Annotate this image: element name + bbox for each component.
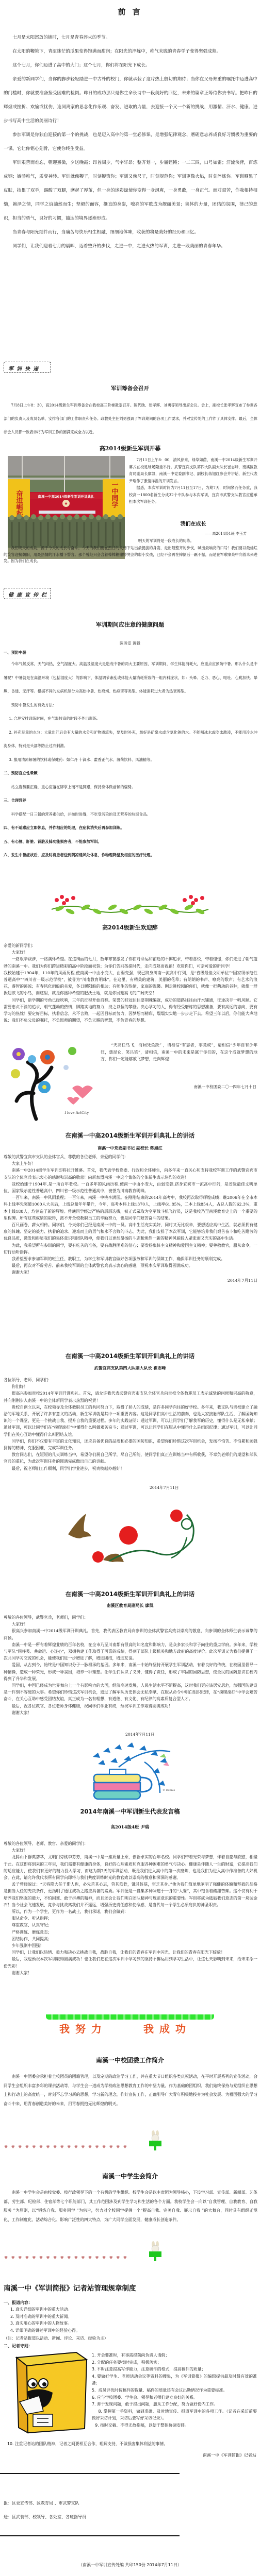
left-banner-text: 奋进崛起 bbox=[15, 489, 23, 517]
right-banner-text: 一中同学 bbox=[110, 481, 119, 509]
speech1-paragraph: 南溪一中2014级学生军训即将拉开帷幕。首先，我代表学校党委、行政和全体师生，向… bbox=[4, 1167, 257, 1180]
health-method: 2. 补充足量的水分：大量出汗后会有大量的水分和矿物质流失，要及时补充，最好是矿… bbox=[4, 726, 257, 753]
preface-paragraph: 同学们，让我们迎着七月的晨晖，迈着整齐的步伐，走进一中，走进火热的军训，走进一段… bbox=[4, 240, 257, 253]
preface-paragraph: 这个七月，你们迈进了高中的大门；这个七月，你们将在阳光下成长。 bbox=[4, 59, 257, 73]
press-rule: 8. 掌握第一手资料，做到准确、及时地宣传、报道军训中的各项工作。（记者在采访前… bbox=[92, 2408, 257, 2422]
speech1-speaker: 南溪一中党委副书记 副校长 蒋旭红 bbox=[0, 1145, 260, 1151]
student-speech-paragraph: 所以，作为一个学生，更作为一名战士，我们承诺，我们会做到： bbox=[4, 1908, 257, 1915]
speech2-date: 2014年7月11日 bbox=[150, 1485, 179, 1490]
press-note: （注：记者站报道以活动、新闻、评论、采访、经验为主） bbox=[4, 2335, 108, 2341]
press-rule: 5．成员评优时按稿件的数量、稿件的质量还有会议出勤情况作为重要标准。 bbox=[92, 2387, 257, 2394]
speech1-salutation: 尊敬的武警宜宾市支队的全体官兵、尊敬的各位老师，亲爱的同学们： bbox=[4, 1154, 257, 1160]
column-tag-express: 军训快递 bbox=[4, 362, 51, 373]
press-rule: 1. 开会要准时，有事需提前向负责人请假； bbox=[92, 2352, 257, 2359]
preface-paragraph: 在太阳的鞭策下，青涩迷茫的瓜果变得饱满而甜润；在阳光的淬炼中，稚气未脱的青春学子… bbox=[4, 45, 257, 59]
press-section-title: 二、记者守则： bbox=[4, 2343, 32, 2349]
health-paragraph: 科学搭配一日三餐的营养素供给，并按时进餐，不吃受污染的及无营养的垃圾食品。 bbox=[4, 808, 257, 822]
press-rule: 4. 要做好学生、老师活动会议等资料的搜集，为《军训简报》的编辑提供最及时最有效… bbox=[92, 2373, 257, 2387]
league-body: 南溪一中团委会承担着全校团员的团籍管理，以及定期的政治学习工作，并在重大节日组织… bbox=[4, 2072, 257, 2108]
floral-vine-divider bbox=[50, 893, 210, 917]
welcome-closing: “天高任鸟飞，海阔凭鱼跃” ，请相信“有志者，事竟成”，请相信“少年自有少年狂，… bbox=[101, 1042, 257, 1063]
speech1-body: 尊敬的武警宜宾市支队的全体官兵、尊敬的各位老师，亲爱的同学们： 大家上午好！ 南… bbox=[4, 1154, 257, 1284]
speech1-paragraph: 我希望要求参加军训的班主任、教职工，为学生和军训教官做好各项服务和军训的保障工作… bbox=[4, 1256, 257, 1262]
footer-report-to: 报：区委宣传部、区教育局 、市武警支队 bbox=[4, 2500, 79, 2506]
opening-text: 7月11日上午8：00，清风徐来，绿草如茵，南溪一中2014级新生军训开幕式在校… bbox=[129, 456, 257, 505]
column-tag-health: 健康宣传栏 bbox=[4, 588, 51, 599]
speech3-title: 在南溪一中高2014级新生军训开训典礼上的讲话 bbox=[0, 1590, 260, 1598]
welcome-paragraph: 一路艰辛跋涉，一路满怀希望。在这绚丽的七月，数年寒窗激发了你们对命运和前途的不懈… bbox=[4, 956, 257, 969]
welcome-paragraph: 我校始建于1904年，110年的风雨历程,使南溪一中由小变大，由弱变强，现已跻身… bbox=[4, 970, 257, 997]
speech3-paragraph: 很高兴参加南溪一中2014级军训开训典礼。首先，我代表区教育局向参训的全体武警官… bbox=[4, 1628, 257, 1641]
footer-rule-top bbox=[0, 2473, 180, 2474]
press-rule: 3. 平时注意提高写作能力，注意稿件的格式，提高稿件的质量； bbox=[92, 2366, 257, 2373]
health-method: 1. 合理安排训练时间，在气温较高的时段不外出训练。 bbox=[4, 712, 257, 726]
banner-text: 南溪一中高2014级新生军训开训典礼 bbox=[38, 494, 94, 499]
speech2-paragraph: 同学们，你们不仅要有丰富的文化知识，还应具备优良的品质和必要的国防知识，希望你们… bbox=[4, 1438, 257, 1451]
art-caption: I love ArtCity bbox=[64, 1111, 89, 1115]
speech2-greeting: 你们好！ bbox=[4, 1383, 257, 1390]
preface-paragraph: 军训艰苦而难忘，朝迎熹微，夕送晚霞；昂首阔步，气宇轩昂；整齐划一，步履铿锵；一二… bbox=[4, 156, 257, 226]
health-section-title: 三、合理营养 bbox=[4, 794, 257, 808]
bunny-sign-icon bbox=[149, 2241, 162, 2263]
footer-rule-bottom bbox=[0, 2535, 180, 2536]
speech2-paragraph: 很高兴参加贵校2014年军训开训典礼。首先，请允许我代表武警宜宾市支队全体官兵向… bbox=[4, 1390, 257, 1403]
speech1-paragraph: 为此，我希望所有参训的同学，要有吃苦的准备，要有战胜困难的信心；要发扬集体主义精… bbox=[4, 1242, 257, 1256]
student-speech-greeting: 大家好！ bbox=[4, 1847, 257, 1854]
league-title: 南溪一中校团委工作简介 bbox=[0, 2056, 260, 2064]
footer-send-to: 送：区武装部、校领导、各处室、各班指导员 bbox=[4, 2514, 86, 2520]
welcome-greeting: 大家好！ bbox=[4, 949, 257, 956]
speech1-paragraph: 一百年来，南溪一中风雨兼程；一百年来，南溪一中桃李满园。在刚刚结束的2014年高… bbox=[4, 1194, 257, 1222]
opening-ceremony-photo: 南溪一中高2014级新生军训开训典礼 ★ 奋进崛起 一中同学 bbox=[8, 456, 125, 559]
health-section-title: 四、有不适感应立即休息，并作相应的处理，在症状消失后再参加训练。 bbox=[4, 821, 257, 835]
speech2-salutation: 各位领导、老师，同学们： bbox=[4, 1377, 257, 1383]
press-rule: 7. 善于发现问题，敢于提出问题，服从工作分配，努力做好份内工作。 bbox=[92, 2401, 257, 2408]
ceremony-image: 南溪一中高2014级新生军训开训典礼 ★ 奋进崛起 一中同学 bbox=[8, 456, 125, 559]
health-section-title: 六、发生中暑症状后，应及时将患者送到阴凉通风处休息，作物理降温及相应的医疗处理。 bbox=[4, 849, 257, 862]
student-speech-pledge: 服从命令、听从指挥； bbox=[4, 1915, 257, 1922]
press-section-title: 一、报道内容： bbox=[4, 2300, 32, 2306]
prep-meeting-body: 7月8日上午8：30，高2014级新生军训筹备会在我校高三阶梯教室召开。陈代勋、… bbox=[4, 399, 257, 439]
student-speech-pledge: 严格训练、磨炼意志； bbox=[4, 1929, 257, 1936]
birds-flowers-illustration bbox=[63, 1510, 198, 1569]
preface-paragraph: 亲爱的新同学们，当你的脚步轻轻踏进一中古朴的校门，你就承载了这片热土殷切的期待；… bbox=[4, 73, 257, 128]
heart-divider: ♥♥♥♥♥♥♥♥♥♥♥♥♥♥♥♥♥♥ bbox=[4, 2256, 130, 2260]
student-speech-paragraph: 龙腾山下群英荟萃，文明门旁桃李芬芳，南溪一中是一座质量上乘，创新求实的百年名校。… bbox=[4, 1854, 257, 1881]
heart-divider: ♥♥♥♥♥♥♥♥♥♥♥♥♥♥♥♥♥♥ bbox=[4, 2145, 130, 2149]
prep-meeting-title: 军训筹备会召开 bbox=[0, 384, 260, 392]
student-speech-title: 2014年南溪一中军训新生代表发言稿 bbox=[0, 1807, 260, 1816]
speech2-body: 各位领导、老师，同学们： 你们好！ 很高兴参加贵校2014年军训开训典礼。首先，… bbox=[4, 1377, 257, 1472]
growing-body: 我们明天的成功，源于今天的成长与奋斗。今天的我们要在烈日的炙烤下站出最挺拔的身姿… bbox=[4, 545, 257, 565]
health-author: 医务室 黄毅 bbox=[0, 640, 260, 646]
speech1-paragraph: 百尺画卷，薪火相传。同学们，今天你们已经是南溪一中的一员。高中生活充实美好，同时… bbox=[4, 1222, 257, 1242]
health-paragraph: 站立姿势要正确，重心应落在脚掌上而不是脚跟，保持身体微前倾的姿势。 bbox=[4, 781, 257, 794]
student-speech-paragraph: 孟子曾经说过：“天将降大任于斯人也，必先苦其心志，劳其筋骨，饿其体肤，空乏其身。… bbox=[4, 1881, 257, 1908]
student-speech-paragraph: 同学们，让我们以热情、毅力和决心去挑战自我，战胜自我，让我们的青春在军训中闪光，… bbox=[4, 1949, 257, 1956]
speech1-paragraph: 最后，再次对不辞劳苦、前来我校军训的全体武警官兵表示衷心的感谢，预祝本次军训取得… bbox=[4, 1262, 257, 1269]
health-paragraph: 今年气候反常，天气闷热，空气湿度大。高温及湿度大是造成中暑的两大主要原因，军训期… bbox=[4, 657, 257, 699]
speech1-title: 在南溪一中高2014级新生军训开训典礼上的讲话 bbox=[0, 1131, 260, 1140]
growing-first-line: 明天的军训将是一段成长的历练。 bbox=[138, 538, 194, 544]
footer-imprint: （南溪一中军训宣传处编 共印150份 2014年7月11日） bbox=[0, 2562, 260, 2568]
press-rule: 10. 注重记者站的团队精神，记者之间要相互合作，理解支持，不做损害集体利益的事… bbox=[7, 2441, 168, 2447]
press-rule: 9. 按时交稿、不得无故拖稿，以便于整体协调安排。 bbox=[92, 2422, 257, 2429]
floral-tree-illustration: I love ArtCity bbox=[5, 1042, 98, 1122]
preface-title: 前 言 bbox=[0, 6, 260, 17]
health-paragraph: 预防中暑发生的有效方法： bbox=[4, 699, 257, 713]
welcome-salutation: 亲爱的新同学们： bbox=[4, 942, 257, 949]
speech1-paragraph: 谢谢大家！ bbox=[4, 1269, 257, 1276]
student-speech-pledge: 尊重教官、认真守纪； bbox=[4, 1922, 257, 1928]
health-section-title: 二、预防直立性晕厥 bbox=[4, 767, 257, 781]
speech3-greeting: 大家好！ bbox=[4, 1621, 257, 1628]
speech3-paragraph: 同学们，中国已经成为世界舞台上一个有影响力的大国，经济高速发展，人民生活水平不断… bbox=[4, 1682, 257, 1703]
teacup-plant-illustration: © Dennis bbox=[83, 1741, 181, 1801]
student-speech-pledge: 少年强则中国强！ bbox=[4, 1942, 257, 1949]
health-section-title: 五、有心脏、肝脏、肾脏及肺功能损害者，不能参加军训。 bbox=[4, 835, 257, 849]
press-rules-list: 1. 开会要准时，有事需提前向负责人请假； 2. 分配的任务要按时完成，积极落实… bbox=[92, 2352, 257, 2429]
welcome-paragraph: 同学们，新学期的号角已经吹响，三年的征程开始启程。荣誉的桂冠往往要荆棘编就，成功… bbox=[4, 997, 257, 1024]
health-section-title: 一、预防中暑 bbox=[4, 649, 257, 656]
speech3-paragraph: 最后，祝各位教官、各位老师身体健康，祝同学们学业有成，预祝军训工作取得圆满成功！ bbox=[4, 1703, 257, 1709]
press-rule: 2. 分配的任务要按时完成，积极落实； bbox=[92, 2359, 257, 2366]
svg-text:★: ★ bbox=[64, 501, 68, 506]
speech1-date: 2014年7月11日 bbox=[4, 1277, 257, 1284]
student-union-title: 南溪一中学生会简介 bbox=[0, 2172, 260, 2180]
student-speech-speaker: 高2014级4班 尹瑞 bbox=[0, 1824, 260, 1830]
welcome-title: 高2014级新生欢迎辞 bbox=[0, 923, 260, 931]
speech1-greeting: 大家上午好！ bbox=[4, 1160, 257, 1167]
speech3-date: 2014年7月11日 bbox=[125, 1732, 155, 1737]
health-title: 军训期间应注意的健康问题 bbox=[0, 620, 260, 629]
speech3-paragraph: 爱国，从古到今，始终是中国知识分子一脉相承的基因。多年来，南溪一中始终坚持开展学… bbox=[4, 1662, 257, 1682]
student-speech-salutation: 尊敬的各位领导、老师、教官、亲爱的同学们： bbox=[4, 1840, 257, 1847]
opening-paragraph: 据悉，本次军训时间为7月11日至17日，为期7天，时间紧而任务重，我校高一180… bbox=[129, 484, 257, 505]
press-content-list: 1. 真实详细的军训中的重大活动。 2. 及时准确的军训中的重大新闻。 3. 真… bbox=[10, 2306, 80, 2334]
press-content-item: 2. 及时准确的军训中的重大新闻。 bbox=[10, 2313, 80, 2320]
welcome-signature: 南溪一中校团委二〇一四年七月十日 bbox=[101, 1084, 256, 1090]
speech3-paragraph: 谢谢大家！ bbox=[4, 1709, 257, 1716]
speech2-paragraph: 教官同志们，在短短的几天训练当中，希望你们展自己所学，尽自己所能，使同学们真正在… bbox=[4, 1451, 257, 1465]
press-content-item: 3. 真实用心的军训中的人物故事。 bbox=[10, 2320, 80, 2327]
speech3-salutation: 尊敬的各位领导，武警官兵，老师们，同学们： bbox=[4, 1614, 257, 1621]
student-speech-paragraph: 最后，我也预祝本次军训取得圆满成功！也让我们把在这次军训中学习到的坚持不懈运用到… bbox=[4, 1956, 257, 1969]
preface-body: 七月是太阳怒放的锦时，七月是青春淬火的季节。 在太阳的鞭策下，青涩迷茫的瓜果变得… bbox=[4, 31, 257, 253]
speech3-paragraph: 南溪一中是一所有着辉煌业绩的百年名校，在全市乃至川南都有很高的知名度和影响力，是… bbox=[4, 1641, 257, 1662]
student-speech-body: 尊敬的各位领导、老师、教官、亲爱的同学们： 大家好！ 龙腾山下群英荟萃，文明门旁… bbox=[4, 1840, 257, 1976]
preface-paragraph: 参加军训是你独自迎接的第一个的挑战，也是迈入高中的第一堂必修课，是增强纪律观念、… bbox=[4, 128, 257, 156]
speech2-title: 在南溪一中高2014级新生军训开训典礼上的讲话 bbox=[0, 1352, 260, 1360]
speech3-body: 尊敬的各位领导，武警官兵，老师们，同学们： 大家好！ 很高兴参加南溪一中2014… bbox=[4, 1614, 257, 1716]
welcome-body: 亲爱的新同学们： 大家好！ 一路艰辛跋涉，一路满怀希望。在这绚丽的七月，数年寒窗… bbox=[4, 942, 257, 1024]
press-title: 南溪一中《军训简报》记者站管理规章制度 bbox=[4, 2282, 136, 2293]
speech2-speaker: 武警宜宾支队第四大队副大队长 崔志峰 bbox=[0, 1365, 260, 1371]
student-speech-pledge: 团结协作、共同提高； bbox=[4, 1936, 257, 1942]
bunny-sign-icon bbox=[149, 2130, 162, 2152]
speech2-paragraph: 贵校自创立以来，在校领导及全体教职员工的共同努力下，取得了骄人的成绩，是许多同学… bbox=[4, 1404, 257, 1438]
speech1-paragraph: 我校始建于1904年,是一所百年老校。一百多年的风雨历程,使南一中由小变大，由弱… bbox=[4, 1181, 257, 1194]
press-content-item: 1. 真实详细的军训中的重大活动。 bbox=[10, 2306, 80, 2313]
student-speech-paragraph: 谢谢大家！ bbox=[4, 1970, 257, 1976]
opening-paragraph: 7月11日上午8：00，清风徐来，绿草如茵，南溪一中2014级新生军训开幕式在校… bbox=[129, 456, 257, 484]
mailbox-character-illustration bbox=[14, 2350, 88, 2434]
health-method: 3. 服用清凉解暑的饮料或保健药：如仁丹 十滴水、藿香正气水、薄荷饮料、风油精等… bbox=[4, 753, 257, 767]
slogan-vine bbox=[46, 2014, 214, 2020]
press-signature: 南溪一中《军训简报》记者站 bbox=[103, 2452, 256, 2458]
growing-author: ——高2014级1班 李玉芳 bbox=[129, 531, 247, 536]
health-body: 一、预防中暑 今年气候反常，天气闷热，空气湿度大。高温及湿度大是造成中暑的两大主… bbox=[4, 649, 257, 862]
preface-paragraph: 七月是太阳怒放的锦时，七月是青春淬火的季节。 bbox=[4, 31, 257, 45]
speech3-speaker: 南溪区教育局副局长 廖凯 bbox=[0, 1603, 260, 1608]
slogan-right: 我 成 功 bbox=[143, 2021, 187, 2036]
press-content-item: 4. 详细明确的讲述军训中的经验心得。 bbox=[10, 2327, 80, 2334]
growing-title: 我们在成长 bbox=[129, 519, 257, 527]
press-rule: 6. 应与学校团委、学生会、领导和老师们建立良好的关系。 bbox=[92, 2394, 257, 2401]
speech2-paragraph: 最后，祝老师们工作顺利，同学们学业进步，祝贵校越办越好！ bbox=[4, 1465, 257, 1472]
opening-title: 高2014级新生军训开幕 bbox=[0, 444, 260, 452]
preface-paragraph: 当青春与阳光结伴而行，当痛苦与快乐相生相融，细细地体味，收获的将是美好的经历和回… bbox=[4, 226, 257, 240]
student-union-body: 南溪一中学生会是由校党委、校行政领导下的一个有机的学生组织。校学生会是以主席团为… bbox=[4, 2188, 257, 2224]
slogan-left: 我 努 力 bbox=[59, 2021, 103, 2036]
art-caption: © Dennis bbox=[163, 1788, 175, 1792]
newsletter-page: 前 言 七月是太阳怒放的锦时，七月是青春淬火的季节。 在太阳的鞭策下，青涩迷茫的… bbox=[0, 0, 260, 2576]
